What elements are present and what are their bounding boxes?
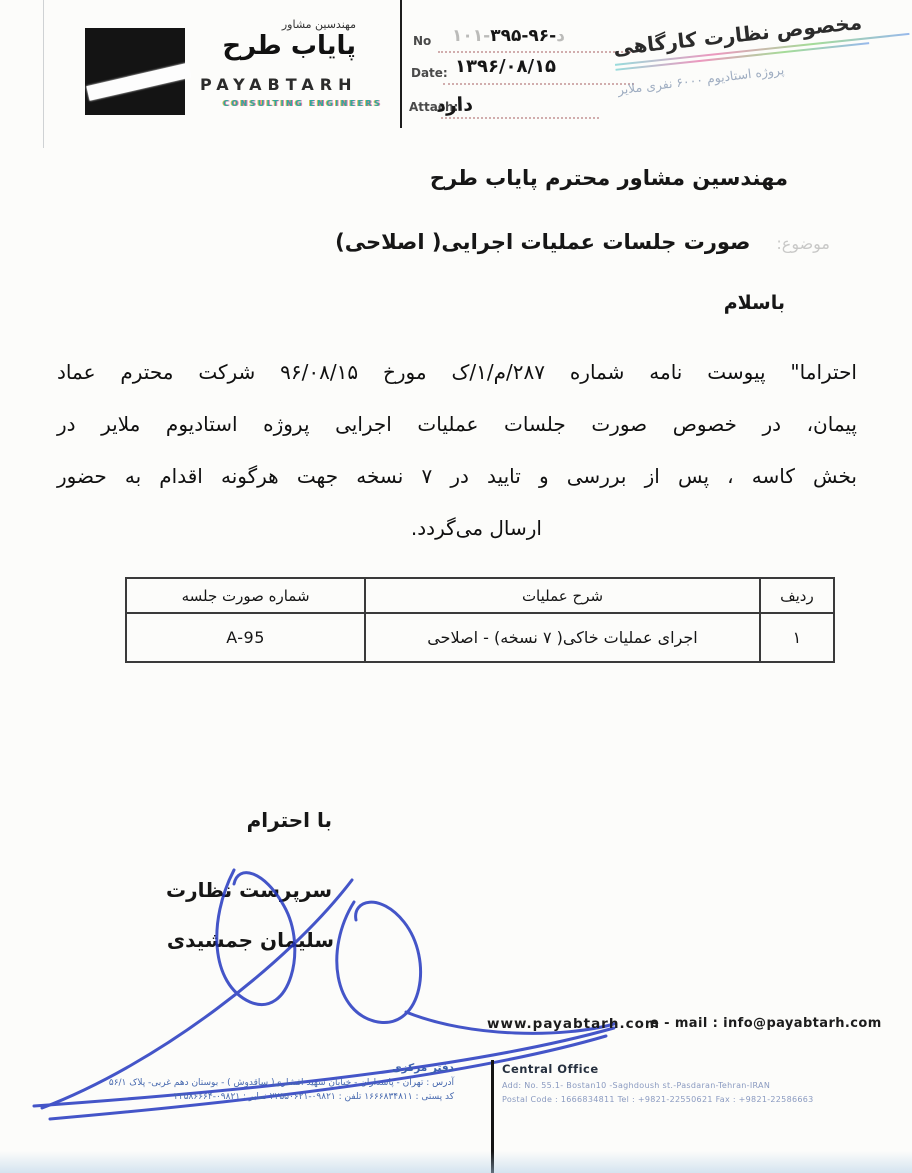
footer-english-block: Central Office Add: No. 55.1- Bostan10 -… — [502, 1062, 902, 1104]
table-row: ۱ اجرای عملیات خاکی( ۷ نسخه) - اصلاحی A-… — [126, 613, 834, 662]
brand-en-subtitle: CONSULTING ENGINEERS — [223, 99, 382, 108]
scan-bottom-tint — [0, 1151, 912, 1173]
subject-text: صورت جلسات عملیات اجرایی( اصلاحی) — [335, 230, 750, 254]
brand-fa-large: پایاب طرح — [222, 31, 356, 61]
footer-fa-office-title: دفتر مرکزی — [52, 1062, 454, 1074]
salutation: باسلام — [724, 292, 785, 314]
operations-table: ردیف شرح عملیات شماره صورت جلسه ۱ اجرای … — [125, 577, 835, 663]
body-paragraph: احتراما" پیوست نامه شماره ۲۸۷/م/۱/ک مورخ… — [57, 352, 857, 560]
attach-field-value-handwritten: دارد — [436, 93, 474, 116]
handwritten-note-block: مخصوص نظارت کارگاهی پروژه استادیوم ۶۰۰۰ … — [612, 5, 912, 95]
no-field-label: No — [413, 34, 431, 48]
recipient-line: مهندسین مشاور محترم پایاب طرح — [430, 166, 788, 190]
body-line-4: ارسال می‌گردد. — [57, 508, 542, 560]
body-line-3: بخش کاسه ، پس از بررسی و تایید در ۷ نسخه… — [57, 456, 857, 508]
footer-en-contacts: Postal Code : 1666834811 Tel : +9821-225… — [502, 1095, 902, 1104]
footer-en-office-title: Central Office — [502, 1062, 902, 1076]
cell-operation-description: اجرای عملیات خاکی( ۷ نسخه) - اصلاحی — [365, 613, 760, 662]
cell-row-number: ۱ — [760, 613, 834, 662]
footer-en-address: Add: No. 55.1- Bostan10 -Saghdoush st.-P… — [502, 1081, 902, 1090]
footer-persian-block: دفتر مرکزی آدرس : تهران - پاسداران - خیا… — [52, 1062, 484, 1102]
email-address: e - mail : info@payabtarh.com — [650, 1016, 882, 1031]
website-url: www.payabtarh.com — [487, 1016, 660, 1032]
footer-fa-contacts: کد پستی : ۱۶۶۶۸۳۴۸۱۱ تلفن : ۰۹۸۲۱-۲۲۵۵۰۶… — [52, 1092, 454, 1102]
header-minutes-number: شماره صورت جلسه — [126, 578, 365, 613]
body-line-2: پیمان، در خصوص صورت جلسات عملیات اجرایی … — [57, 404, 857, 456]
scanned-letter-page: مهندسین مشاور پایاب طرح PAYABTARH CONSUL… — [0, 0, 912, 1173]
subject-row: موضوع: صورت جلسات عملیات اجرایی( اصلاحی) — [335, 230, 830, 254]
date-field-value: ۱۳۹۶/۰۸/۱۵ — [455, 56, 556, 77]
date-field-label: Date: — [411, 66, 448, 80]
attach-dotted-line — [441, 116, 599, 119]
brand-fa-small: مهندسین مشاور — [282, 18, 356, 31]
date-dotted-line — [443, 82, 634, 85]
no-value-clear-part: -۹۶-۳۹۵ — [490, 26, 556, 46]
scan-edge-artifact — [43, 0, 44, 148]
header-operation-description: شرح عملیات — [365, 578, 760, 613]
brand-en: PAYABTARH — [200, 75, 358, 94]
footer-fa-address: آدرس : تهران - پاسداران - خیابان شهید اف… — [52, 1078, 454, 1088]
header-row-number: ردیف — [760, 578, 834, 613]
no-dotted-line — [438, 50, 634, 53]
table-header-row: ردیف شرح عملیات شماره صورت جلسه — [126, 578, 834, 613]
cell-minutes-number: A-95 — [126, 613, 365, 662]
subject-label-faint: موضوع: — [776, 234, 830, 253]
body-line-1: احتراما" پیوست نامه شماره ۲۸۷/م/۱/ک مورخ… — [57, 352, 857, 404]
header-divider — [400, 0, 402, 128]
no-field-value: ۱۰۱-د-۹۶-۳۹۵ — [452, 26, 565, 46]
